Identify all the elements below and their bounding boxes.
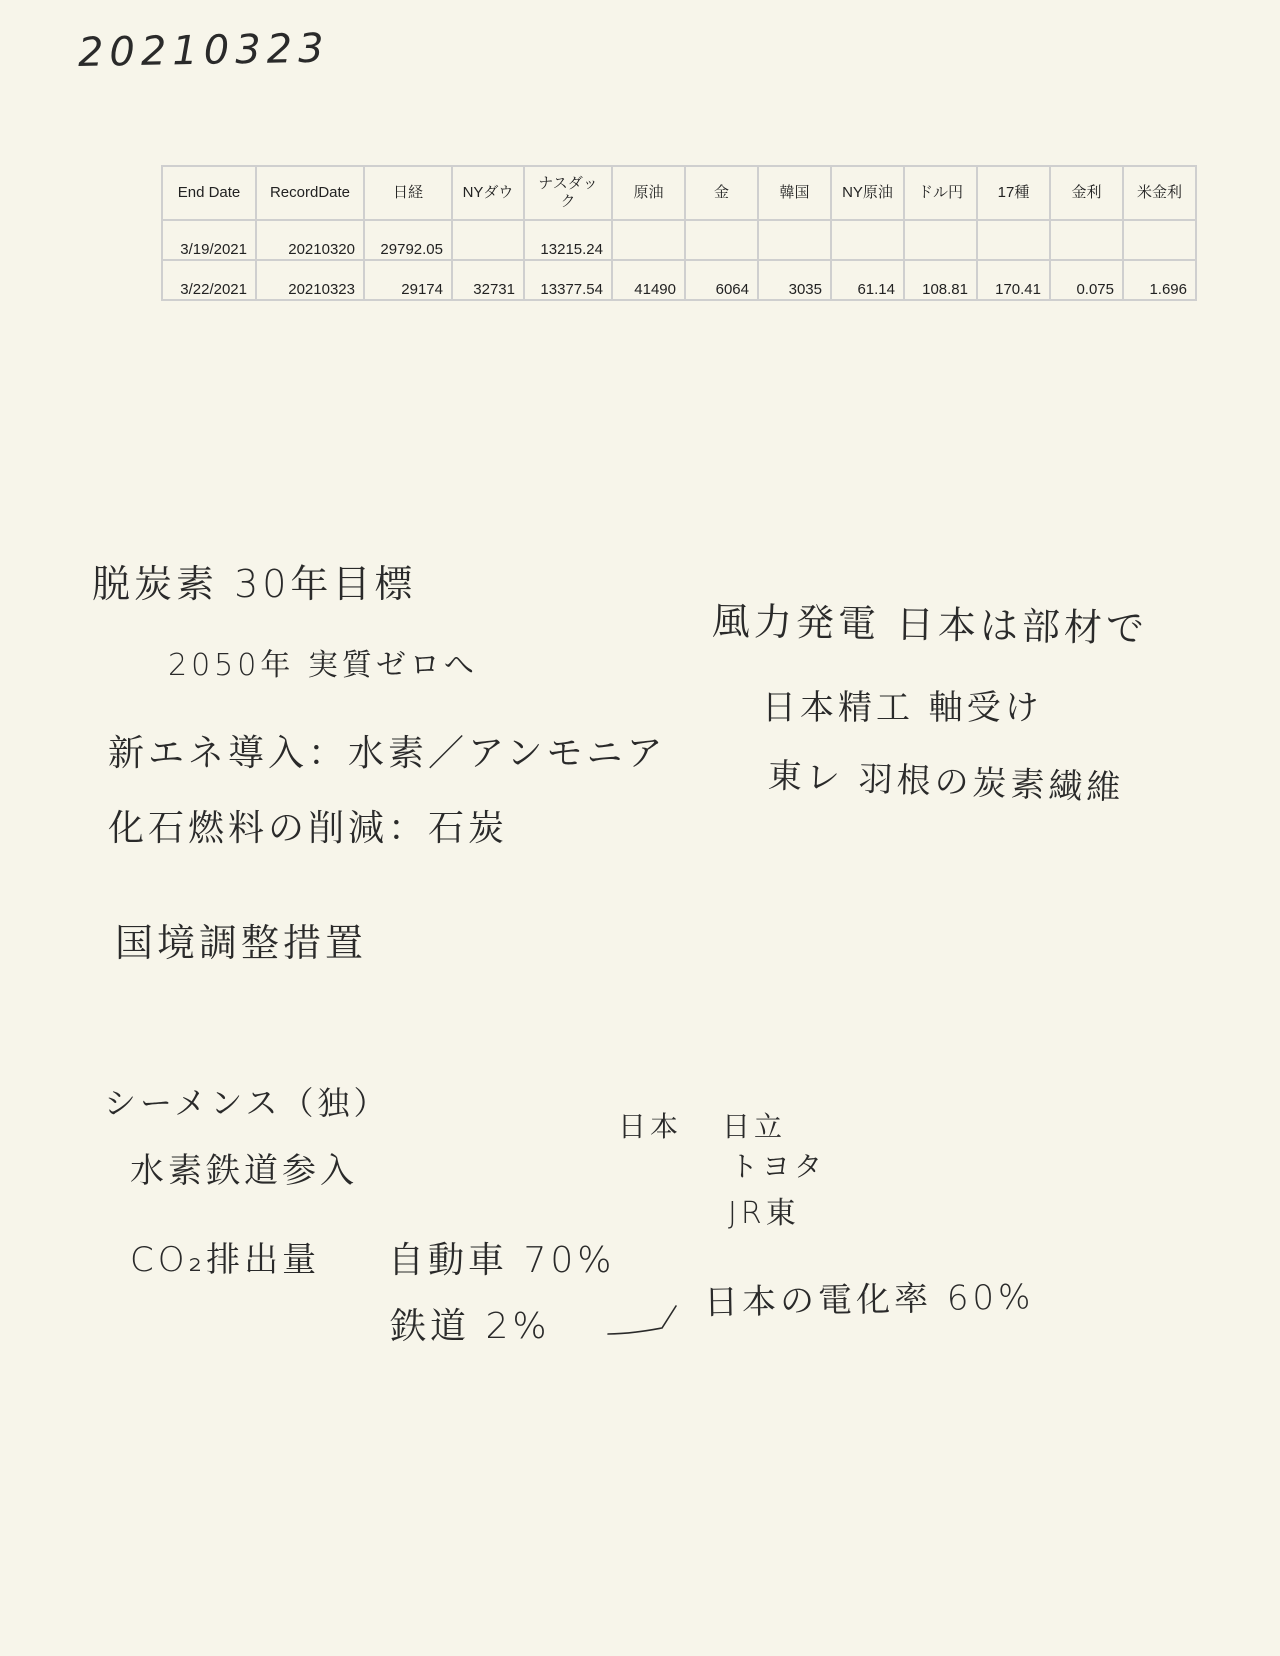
cell: 108.81 [904,260,977,300]
cell: 1.696 [1123,260,1196,300]
note-nsk-bearings: 日本精工 軸受け [762,680,1043,729]
note-border-adjustment: 国境調整措置 [115,912,367,967]
cell [904,220,977,260]
note-decarbonization-title: 脱炭素 30年目標 [92,553,416,608]
col-nasdaq: ナスダック [524,166,612,220]
note-wind-power: 風力発電 日本は部材で [712,590,1149,653]
cell: 61.14 [831,260,904,300]
note-co2-emissions: CO₂排出量 [130,1232,320,1281]
cell [1050,220,1123,260]
cell: 41490 [612,260,685,300]
col-ny-crude: NY原油 [831,166,904,220]
cell: 0.075 [1050,260,1123,300]
cell [612,220,685,260]
note-company-hitachi: 日立 [722,1105,786,1145]
cell: 32731 [452,260,524,300]
col-ny-dow: NYダウ [452,166,524,220]
cell: 3/22/2021 [162,260,256,300]
cell: 29792.05 [364,220,452,260]
note-fossil-fuel-reduction: 化石燃料の削減：石炭 [108,800,508,851]
cell: 20210323 [256,260,364,300]
connector-line-icon [606,1300,680,1340]
col-17-types: 17種 [977,166,1050,220]
cell: 13215.24 [524,220,612,260]
note-company-jr-east: JR東 [728,1188,800,1232]
col-us-interest-rate: 米金利 [1123,166,1196,220]
note-new-energy: 新エネ導入：水素／アンモニア [108,725,667,776]
col-end-date: End Date [162,166,256,220]
note-electrification-rate: 日本の電化率 60% [704,1269,1035,1324]
cell [1123,220,1196,260]
date-heading: 20210323 [78,26,330,76]
col-nikkei: 日経 [364,166,452,220]
note-toray-carbon-fiber: 東レ 羽根の炭素繊維 [767,748,1125,809]
cell: 6064 [685,260,758,300]
table-row: 3/19/2021 20210320 29792.05 13215.24 [162,220,1196,260]
note-company-toyota: トヨタ [730,1145,826,1185]
table-header-row: End Date RecordDate 日経 NYダウ ナスダック 原油 金 韓… [162,166,1196,220]
cell: 3/19/2021 [162,220,256,260]
cell: 170.41 [977,260,1050,300]
cell [758,220,831,260]
note-rail-share: 鉄道 2% [390,1298,551,1349]
note-japan-label: 日本 [618,1105,682,1145]
cell [685,220,758,260]
cell: 20210320 [256,220,364,260]
note-2050-goal: 2050年 実質ゼロへ [168,640,478,684]
col-gold: 金 [685,166,758,220]
note-car-share: 自動車 70% [388,1232,615,1283]
cell: 13377.54 [524,260,612,300]
note-hydrogen-rail: 水素鉄道参入 [130,1143,358,1192]
cell [452,220,524,260]
col-korea: 韓国 [758,166,831,220]
cell [831,220,904,260]
col-record-date: RecordDate [256,166,364,220]
note-siemens: シーメンス（独） [104,1078,389,1124]
cell: 29174 [364,260,452,300]
col-interest-rate: 金利 [1050,166,1123,220]
cell: 3035 [758,260,831,300]
market-data-table: End Date RecordDate 日経 NYダウ ナスダック 原油 金 韓… [161,165,1197,301]
col-crude-oil: 原油 [612,166,685,220]
cell [977,220,1050,260]
col-usd-jpy: ドル円 [904,166,977,220]
table-row: 3/22/2021 20210323 29174 32731 13377.54 … [162,260,1196,300]
